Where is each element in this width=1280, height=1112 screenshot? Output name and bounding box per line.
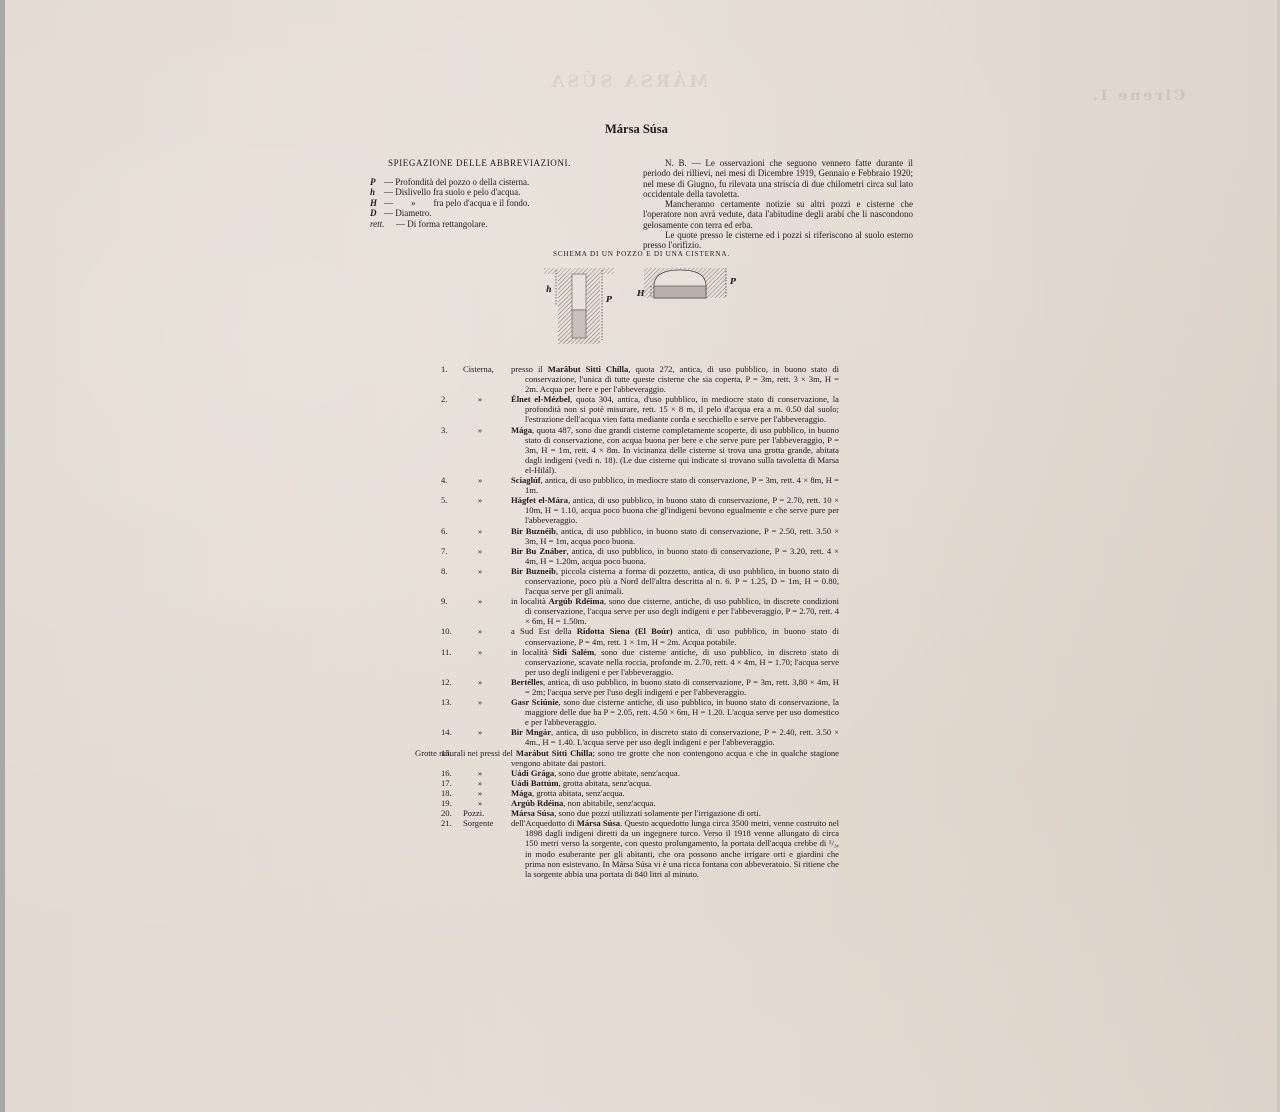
entry-place-name: Gasr Sciúnie [511, 697, 559, 707]
entry-number: 9. [441, 596, 463, 626]
entry-prefix: in località [511, 647, 553, 657]
entry-place-name: Bertélles [511, 677, 543, 687]
abbreviation-key: P [370, 177, 384, 188]
entry-number: 17. [441, 778, 463, 788]
abbreviation-text: — » fra pelo d'acqua e il fondo. [384, 198, 530, 209]
abbreviation-key: H [370, 198, 384, 209]
svg-text:P: P [605, 294, 613, 304]
entry-place-name: Mársa Súsa [577, 818, 620, 828]
entry-item: 15.Grotte naturali nei pressi delMarábut… [441, 748, 839, 768]
entry-description: , non abitabile, senz'acqua. [563, 798, 655, 808]
entry-description: , piccola cisterna a forma di pozzetto, … [525, 566, 839, 596]
entry-description: , sono due pozzi utilizzati solamente pe… [554, 808, 761, 818]
entry-kind: » [463, 566, 511, 576]
entry-item: 16.»Uádi Grága, sono due grotte abitate,… [441, 768, 839, 778]
entry-description: , antica, di uso pubblico, in buono stat… [525, 546, 839, 566]
abbreviations-legend: SPIEGAZIONE DELLE ABBREVIAZIONI. P— Prof… [370, 158, 630, 229]
entry-item: 13.»Gasr Sciúnie, sono due cisterne anti… [441, 697, 839, 727]
entry-kind: » [463, 647, 511, 657]
abbreviation-item: P— Profondità del pozzo o della cisterna… [370, 177, 630, 188]
entry-number: 6. [441, 526, 463, 546]
cistern-section: H P [636, 268, 737, 298]
entry-number: 12. [441, 677, 463, 697]
entry-number: 11. [441, 647, 463, 677]
page-title: Mársa Súsa [605, 122, 668, 137]
entry-place-name: Ridotta Siena (El Boúr) [577, 626, 673, 636]
entry-place-name: Uádi Grága [511, 768, 554, 778]
entry-place-name: Uádi Battúm [511, 778, 559, 788]
show-through-title: MÁRSA SÚSA [548, 72, 708, 92]
entries-list: 1.Cisterna,presso il Marâbut Sitti Chill… [441, 364, 839, 879]
entry-number: 2. [441, 394, 463, 424]
entry-description: , antica, di uso pubblico, in mediocre s… [525, 475, 839, 495]
entry-prefix: dell'Acquedotto di [511, 818, 577, 828]
entry-description: , antica, di uso pubblico, in buono stat… [525, 677, 839, 697]
entry-prefix: in località [511, 596, 549, 606]
abbreviation-item: rett.— Di forma rettangolare. [370, 219, 630, 230]
entry-number: 18. [441, 788, 463, 798]
entry-place-name: Hágfet el-Mára [511, 495, 568, 505]
entry-number: 5. [441, 495, 463, 525]
entry-kind: » [463, 798, 511, 808]
abbreviation-key: h [370, 187, 384, 198]
abbreviation-text: — Diametro. [384, 208, 432, 219]
entry-kind: » [463, 788, 511, 798]
svg-text:P: P [729, 276, 737, 286]
entry-number: 4. [441, 475, 463, 495]
abbreviation-text: — Di forma rettangolare. [396, 219, 487, 230]
entry-item: 10.»a Sud Est della Ridotta Siena (El Bo… [441, 626, 839, 646]
entry-place-name: Argúb Rdéina [511, 798, 563, 808]
abbreviation-item: D— Diametro. [370, 208, 630, 219]
schema-title: SCHEMA DI UN POZZO E DI UNA CISTERNA. [553, 250, 730, 258]
svg-text:h: h [546, 284, 552, 294]
entry-kind: » [463, 677, 511, 687]
entry-kind: » [463, 546, 511, 556]
entry-place-name: Marâbut Sitti Chilla [548, 364, 629, 374]
entry-place-name: Bir Buzneib [511, 566, 556, 576]
entry-number: 3. [441, 425, 463, 475]
entry-kind: Cisterna, [463, 364, 511, 374]
entry-kind: » [463, 394, 511, 404]
entry-item: 1.Cisterna,presso il Marâbut Sitti Chill… [441, 364, 839, 394]
entry-description: , antica, di uso pubblico, in buono stat… [525, 526, 839, 546]
note-block: N. B. — Le osservazioni che seguono venn… [643, 158, 913, 251]
entry-kind: » [463, 626, 511, 636]
entry-kind: » [463, 526, 511, 536]
entry-item: 9.»in località Argúb Rdéima, sono due ci… [441, 596, 839, 626]
entry-number: 14. [441, 727, 463, 747]
entry-kind: » [463, 778, 511, 788]
entry-number: 8. [441, 566, 463, 596]
abbreviation-key: D [370, 208, 384, 219]
entry-item: 20.Pozzi.Mársa Súsa, sono due pozzi util… [441, 808, 839, 818]
entry-description: , antica, di uso pubblico, in discreto s… [525, 727, 839, 747]
entry-item: 14.»Bir Mngár, antica, di uso pubblico, … [441, 727, 839, 747]
entry-item: 6.»Bir Buznéib, antica, di uso pubblico,… [441, 526, 839, 546]
entry-kind: Grotte naturali nei pressi del [463, 748, 513, 758]
entry-item: 18.»Mága, grotta abitata, senz'acqua. [441, 788, 839, 798]
entry-item: 8.»Bir Buzneib, piccola cisterna a forma… [441, 566, 839, 596]
entry-description: , grotta abitata, senz'acqua. [532, 788, 625, 798]
entry-kind: » [463, 596, 511, 606]
entry-kind: » [463, 425, 511, 435]
entry-number: 16. [441, 768, 463, 778]
entry-kind: Sorgente [463, 818, 511, 828]
entry-place-name: Bir Buznéib [511, 526, 556, 536]
note-paragraph: Mancheranno certamente notizie su altri … [643, 199, 913, 230]
entry-kind: » [463, 727, 511, 737]
entry-place-name: Marábut Sitti Chilla [516, 748, 593, 758]
entry-number: 7. [441, 546, 463, 566]
entry-prefix: presso il [511, 364, 548, 374]
entry-item: 17.»Uádi Battúm, grotta abitata, senz'ac… [441, 778, 839, 788]
abbreviation-item: H— » fra pelo d'acqua e il fondo. [370, 198, 630, 209]
entry-place-name: Bir Mngár [511, 727, 551, 737]
entry-number: 10. [441, 626, 463, 646]
entry-description: , quota 487, sono due grandi cisterne co… [525, 425, 839, 475]
entry-number: 1. [441, 364, 463, 394]
entry-number: 13. [441, 697, 463, 727]
entry-place-name: Sciaglúf [511, 475, 541, 485]
entry-kind: » [463, 768, 511, 778]
entry-number: 20. [441, 808, 463, 818]
entry-item: 7.»Bir Bu Znáber, antica, di uso pubblic… [441, 546, 839, 566]
note-paragraph: N. B. — Le osservazioni che seguono venn… [643, 158, 913, 199]
entry-number: 21. [441, 818, 463, 879]
entry-item: 21.Sorgentedell'Acquedotto di Mársa Súsa… [441, 818, 839, 879]
entry-place-name: Bir Bu Znáber [511, 546, 567, 556]
svg-text:H: H [636, 288, 645, 298]
entry-prefix: a Sud Est della [511, 626, 577, 636]
entry-number: 19. [441, 798, 463, 808]
entry-place-name: Sidi Salém [553, 647, 595, 657]
entry-place-name: Argúb Rdéima [549, 596, 604, 606]
entry-description: , quota 304, antica, d'uso pubblico, in … [525, 394, 839, 424]
entry-kind: » [463, 495, 511, 505]
entry-item: 3.»Mága, quota 487, sono due grandi cist… [441, 425, 839, 475]
entry-item: 2.»Élnet el-Mézbel, quota 304, antica, d… [441, 394, 839, 424]
note-paragraph: Le quote presso le cisterne ed i pozzi s… [643, 230, 913, 251]
entry-place-name: Mársa Súsa [511, 808, 554, 818]
entry-description: , grotta abitata, senz'acqua. [559, 778, 652, 788]
abbreviation-key: rett. [370, 219, 396, 230]
show-through-subtitle: Cirene I. [1090, 88, 1185, 104]
entry-kind: » [463, 697, 511, 707]
abbreviation-text: — Profondità del pozzo o della cisterna. [384, 177, 529, 188]
entry-place-name: Mága [511, 425, 532, 435]
well-section: h P [544, 268, 614, 344]
entry-item: 11.»in località Sidi Salém, sono due cis… [441, 647, 839, 677]
entry-kind: » [463, 475, 511, 485]
abbreviations-heading: SPIEGAZIONE DELLE ABBREVIAZIONI. [388, 158, 630, 169]
entry-item: 5.»Hágfet el-Mára, antica, di uso pubbli… [441, 495, 839, 525]
entry-item: 4.»Sciaglúf, antica, di uso pubblico, in… [441, 475, 839, 495]
entry-place-name: Mága [511, 788, 532, 798]
abbreviation-item: h— Dislivello fra suolo e pelo d'acqua. [370, 187, 630, 198]
entry-description: , sono due grotte abitate, senz'acqua. [554, 768, 680, 778]
entry-item: 12.»Bertélles, antica, di uso pubblico, … [441, 677, 839, 697]
entry-item: 19.»Argúb Rdéina, non abitabile, senz'ac… [441, 798, 839, 808]
entry-place-name: Élnet el-Mézbel [511, 394, 570, 404]
well-cistern-diagram: h P H P [530, 262, 750, 352]
entry-description: , antica, di uso pubblico, in buono stat… [525, 495, 839, 525]
abbreviation-text: — Dislivello fra suolo e pelo d'acqua. [384, 187, 520, 198]
entry-description: , sono due cisterne antiche, di uso pubb… [525, 697, 839, 727]
entry-kind: Pozzi. [463, 808, 511, 818]
